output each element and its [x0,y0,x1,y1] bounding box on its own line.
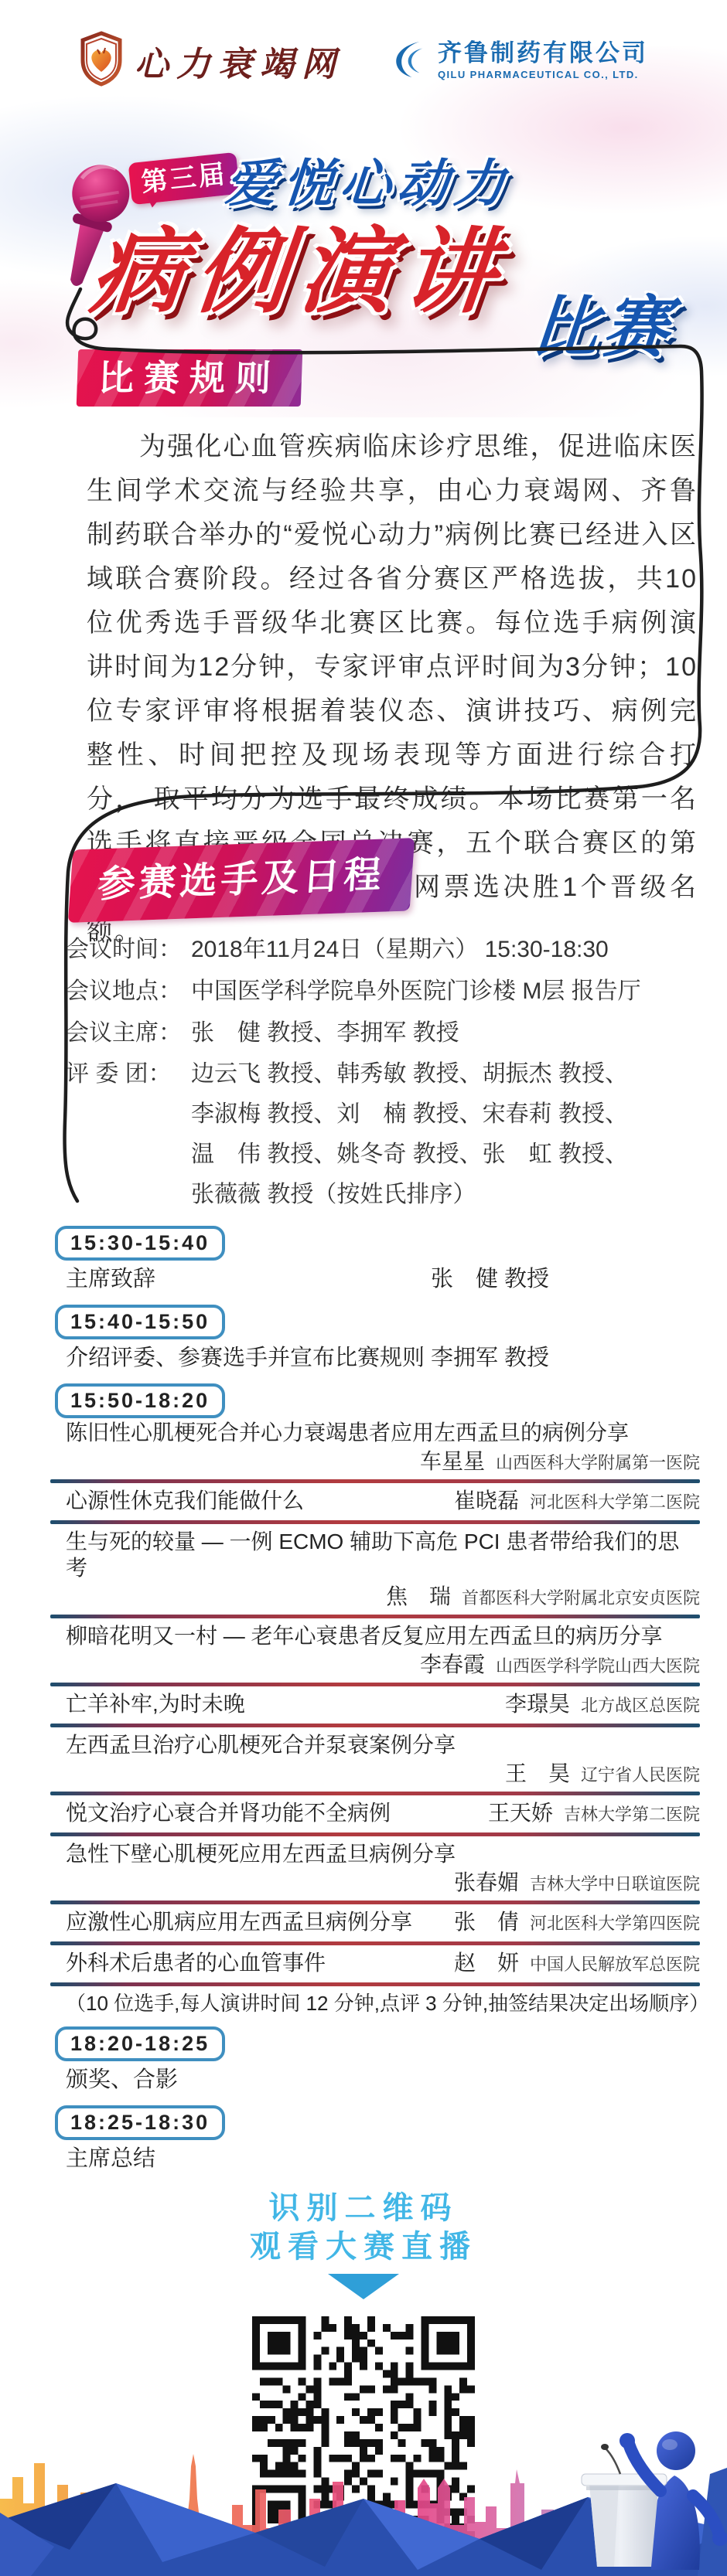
slot-row: 颁奖、合影 [66,2065,700,2094]
time-badge: 18:25-18:30 [55,2105,225,2140]
case-speaker: 焦 瑞 首都医科大学附属北京安贞医院 [66,1585,700,1610]
case-speaker-name: 张 倩 [454,1909,519,1935]
case-speaker-hospital: 河北医科大学第二医院 [530,1489,700,1516]
schedule-note: （10 位选手,每人演讲时间 12 分钟,点评 3 分钟,抽签结果决定出场顺序） [66,1991,700,2016]
title-block: 第三届 爱悦心动力 病例演讲 比赛 [0,116,727,371]
case-speaker-name: 焦 瑞 [386,1585,451,1608]
time-badge: 18:20-18:25 [55,2026,225,2061]
case-speaker-hospital: 河北医科大学第四医院 [530,1911,700,1937]
case-row: 急性下壁心肌梗死应用左西孟旦病例分享 张春媚 吉林大学中日联谊医院 [66,1841,700,1904]
case-speaker-name: 张春媚 [454,1871,519,1894]
slot-speaker: 张 健 教授 [431,1264,549,1294]
case-row: 心源性休克我们能做什么 崔晓磊 河北医科大学第二医院 [66,1488,700,1524]
divider [50,1832,700,1836]
case-title: 应激性心肌病应用左西孟旦病例分享 [66,1909,412,1935]
slot-row: 主席总结 [66,2144,700,2173]
case-title: 外科术后患者的心血管事件 [66,1950,326,1976]
case-speaker: 车星星 山西医科大学附属第一医院 [66,1450,700,1475]
meeting-place-value: 中国医学科学院阜外医院门诊楼 M层 报告厅 [191,971,641,1012]
judges-label: 评 委 团： [66,1054,191,1215]
case-title: 悦文治疗心衰合并肾功能不全病例 [66,1800,391,1826]
time-badge: 15:40-15:50 [55,1305,225,1339]
edition-badge: 第三届 [128,152,241,205]
title-line2: 病例演讲 [86,198,514,331]
divider [50,1724,700,1727]
case-speaker: 崔晓磊 河北医科大学第二医院 [454,1488,700,1516]
case-row: 应激性心肌病应用左西孟旦病例分享 张 倩 河北医科大学第四医院 [66,1909,700,1945]
slot-title: 颁奖、合影 [66,2065,431,2094]
time-badge: 15:30-15:40 [55,1226,225,1261]
slot-title: 介绍评委、参赛选手并宣布比赛规则 [66,1343,431,1373]
case-speaker-name: 王 昊 [505,1762,570,1785]
qr-cta-line1: 识别二维码 [46,2189,681,2227]
judges-line: 张薇薇 教授（按姓氏排序） [191,1175,628,1215]
judges-line: 李淑梅 教授、刘 楠 教授、宋春莉 教授、 [191,1094,628,1135]
meeting-time-value: 2018年11月24日（星期六） 15:30-18:30 [191,929,609,971]
case-title: 生与死的较量 — 一例 ECMO 辅助下高危 PCI 患者带给我们的思考 [66,1529,700,1581]
rules-heading: 比赛规则 [97,358,282,398]
case-speaker-name: 车星星 [420,1450,485,1473]
case-speaker-hospital: 首都医科大学附属北京安贞医院 [462,1587,700,1610]
divider [50,1941,700,1945]
case-row: 左西孟旦治疗心肌梗死合并泵衰案例分享 王 昊 辽宁省人民医院 [66,1732,700,1795]
qr-cta-line2: 观看大赛直播 [46,2227,681,2266]
case-speaker-name: 崔晓磊 [454,1488,519,1514]
case-title: 陈旧性心肌梗死合并心力衰竭患者应用左西孟旦的病例分享 [66,1420,629,1446]
heart-failure-network-logo: 心力衰竭网 [79,31,343,90]
divider [50,1520,700,1524]
case-row: 外科术后患者的心血管事件 赵 妍 中国人民解放军总医院 [66,1950,700,1986]
case-speaker-name: 赵 妍 [454,1950,519,1976]
case-speaker-hospital: 辽宁省人民医院 [581,1764,700,1787]
case-speaker-hospital: 山西医科大学附属第一医院 [496,1451,700,1475]
meeting-place-line: 会议地点： 中国医学科学院阜外医院门诊楼 M层 报告厅 [66,971,700,1012]
qilu-mark-icon [387,38,428,83]
case-title: 心源性休克我们能做什么 [66,1488,304,1514]
rules-heading-badge: 比赛规则 [77,349,303,407]
agenda-heading: 参赛选手及日程 [97,854,387,905]
meeting-chair-value: 张 健 教授、李拥军 教授 [191,1012,459,1054]
case-speaker-hospital: 山西医学科学院山西大医院 [496,1655,700,1678]
hfn-logo-text: 心力衰竭网 [135,36,343,86]
case-title: 亡羊补牢,为时未晚 [66,1691,245,1717]
qilu-logo-en: QILU PHARMACEUTICAL CO., LTD. [438,70,648,80]
header-logos: 心力衰竭网 齐鲁制药有限公司 QILU PHARMACEUTICAL CO., … [0,31,727,90]
meeting-chair-label: 会议主席： [66,1012,191,1054]
shield-heart-icon [79,31,124,90]
case-speaker-hospital: 北方战区总医院 [581,1693,700,1719]
case-speaker-hospital: 吉林大学第二医院 [564,1802,700,1828]
meeting-time-line: 会议时间： 2018年11月24日（星期六） 15:30-18:30 [66,929,700,971]
case-speaker: 李璟昊 北方战区总医院 [505,1691,700,1719]
case-speaker-hospital: 中国人民解放军总医院 [530,1952,700,1978]
case-row: 悦文治疗心衰合并肾功能不全病例 王天娇 吉林大学第二医院 [66,1800,700,1836]
case-row: 生与死的较量 — 一例 ECMO 辅助下高危 PCI 患者带给我们的思考 焦 瑞… [66,1529,700,1618]
down-arrow-icon [328,2274,399,2299]
case-speaker: 王天娇 吉林大学第二医院 [488,1800,700,1828]
case-speaker-name: 王天娇 [488,1800,553,1826]
judges-line: 温 伟 教授、姚冬奇 教授、张 虹 教授、 [191,1135,628,1175]
agenda-section: 参赛选手及日程 会议时间： 2018年11月24日（星期六） 15:30-18:… [0,844,727,2543]
slot-title: 主席致辞 [66,1264,431,1294]
judges-panel: 评 委 团： 边云飞 教授、韩秀敏 教授、胡振杰 教授、 李淑梅 教授、刘 楠 … [66,1054,700,1215]
meeting-info: 会议时间： 2018年11月24日（星期六） 15:30-18:30 会议地点：… [66,929,700,1215]
case-speaker: 张春媚 吉林大学中日联谊医院 [66,1871,700,1896]
slot-title: 主席总结 [66,2144,431,2173]
case-row: 亡羊补牢,为时未晚 李璟昊 北方战区总医院 [66,1691,700,1727]
case-speaker: 赵 妍 中国人民解放军总医院 [454,1950,700,1978]
qilu-logo-cn: 齐鲁制药有限公司 [438,40,648,66]
divider [50,1615,700,1618]
case-title: 左西孟旦治疗心肌梗死合并泵衰案例分享 [66,1732,456,1758]
case-title: 柳暗花明又一村 — 老年心衰患者反复应用左西孟旦的病历分享 [66,1623,663,1649]
case-speaker-hospital: 吉林大学中日联谊医院 [530,1873,700,1896]
meeting-place-label: 会议地点： [66,971,191,1012]
divider [50,1901,700,1904]
case-speaker: 张 倩 河北医科大学第四医院 [454,1909,700,1937]
qr-cta: 识别二维码 观看大赛直播 [46,2189,681,2266]
meeting-time-label: 会议时间： [66,929,191,971]
divider [50,1479,700,1483]
judges-line: 边云飞 教授、韩秀敏 教授、胡振杰 教授、 [191,1054,628,1094]
qilu-logo: 齐鲁制药有限公司 QILU PHARMACEUTICAL CO., LTD. [387,38,648,83]
divider [50,1683,700,1686]
divider [50,1792,700,1795]
agenda-heading-badge: 参赛选手及日程 [68,838,415,923]
case-row: 陈旧性心肌梗死合并心力衰竭患者应用左西孟旦的病例分享 车星星 山西医科大学附属第… [66,1420,700,1483]
slot-row: 介绍评委、参赛选手并宣布比赛规则 李拥军 教授 [66,1343,700,1373]
case-speaker-name: 李璟昊 [505,1691,570,1717]
bottom-artwork [0,2367,727,2576]
divider [50,1982,700,1986]
case-speaker-name: 李春霞 [420,1653,485,1676]
slot-speaker: 李拥军 教授 [431,1343,549,1373]
poster: 心力衰竭网 齐鲁制药有限公司 QILU PHARMACEUTICAL CO., … [0,0,727,2576]
time-badge: 15:50-18:20 [55,1383,225,1418]
case-speaker: 李春霞 山西医学科学院山西大医院 [66,1653,700,1678]
case-row: 柳暗花明又一村 — 老年心衰患者反复应用左西孟旦的病历分享 李春霞 山西医学科学… [66,1623,700,1686]
meeting-chair-line: 会议主席： 张 健 教授、李拥军 教授 [66,1012,700,1054]
case-title: 急性下壁心肌梗死应用左西孟旦病例分享 [66,1841,456,1867]
slot-row: 主席致辞 张 健 教授 [66,1264,700,1294]
case-speaker: 王 昊 辽宁省人民医院 [66,1762,700,1787]
